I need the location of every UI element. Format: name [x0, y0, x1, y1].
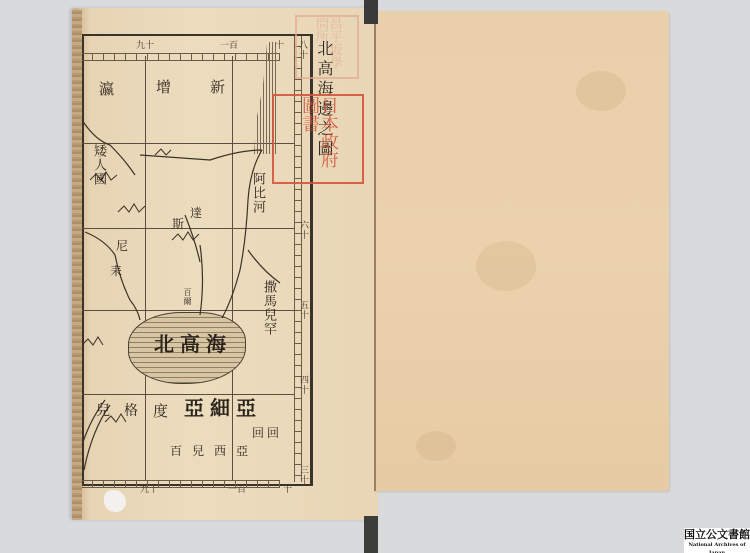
grid-line — [82, 394, 294, 395]
map-label: 度 — [153, 404, 168, 419]
scale-bar-bottom — [82, 480, 280, 488]
map-label: 回回 — [252, 427, 282, 439]
spine-shadow-bottom — [364, 516, 378, 553]
map-label: 斯 — [172, 218, 184, 230]
paper-stain — [416, 431, 456, 461]
paper-stain — [576, 71, 626, 111]
page-edge-stack — [72, 10, 82, 520]
scale-tick: 四十 — [298, 375, 307, 395]
grid-line — [82, 228, 294, 229]
scale-tick: 五十 — [298, 300, 307, 320]
book-scan: 新 增 瀛 矮人國 阿比河 撒馬兒罕 北高海 亞細亞 度 兒格 百兒西亞 回回 … — [0, 0, 750, 553]
spine-shadow-top — [364, 0, 378, 24]
scale-tick: 六十 — [298, 220, 307, 240]
map-label: 增 — [156, 80, 171, 95]
archive-logo: 国立公文書館 National Archives of Japan — [684, 528, 750, 553]
map-label: 撒馬兒罕 — [262, 280, 275, 336]
map-label: 新 — [210, 80, 225, 95]
lake-label: 北高海 — [154, 334, 232, 354]
library-seal-lower: 日本政府圖書 — [272, 94, 364, 184]
map-label: 百兒西亞 — [170, 445, 258, 457]
map-label: 百爾 — [183, 288, 191, 306]
scale-tick: 十 — [275, 42, 284, 51]
map-label: 瀛 — [99, 82, 114, 97]
scale-tick: 十 — [283, 486, 292, 495]
library-seal-upper: 昌平坂學問所 — [295, 15, 359, 79]
archive-logo-jp: 国立公文書館 — [684, 528, 750, 541]
map-label: 耒 — [110, 265, 122, 277]
map-label: 矮人國 — [92, 144, 105, 186]
scale-tick: 九十 — [140, 486, 158, 495]
scale-tick: 三十 — [298, 465, 307, 485]
scale-bar-top — [82, 53, 280, 61]
region-label-asia: 亞細亞 — [184, 398, 262, 418]
archive-logo-en: National Archives of Japan — [684, 541, 750, 553]
paper-stain — [476, 241, 536, 291]
map-label: 達 — [190, 207, 202, 219]
scale-tick: 一百 — [220, 42, 238, 51]
scale-tick: 九十 — [136, 42, 154, 51]
map-label: 兒格 — [96, 404, 152, 418]
right-page-blank — [374, 11, 669, 491]
map-label: 阿比河 — [251, 172, 264, 214]
map-label: 尼 — [116, 240, 128, 252]
scale-tick: 一百 — [228, 486, 246, 495]
paper-tear — [104, 490, 126, 512]
